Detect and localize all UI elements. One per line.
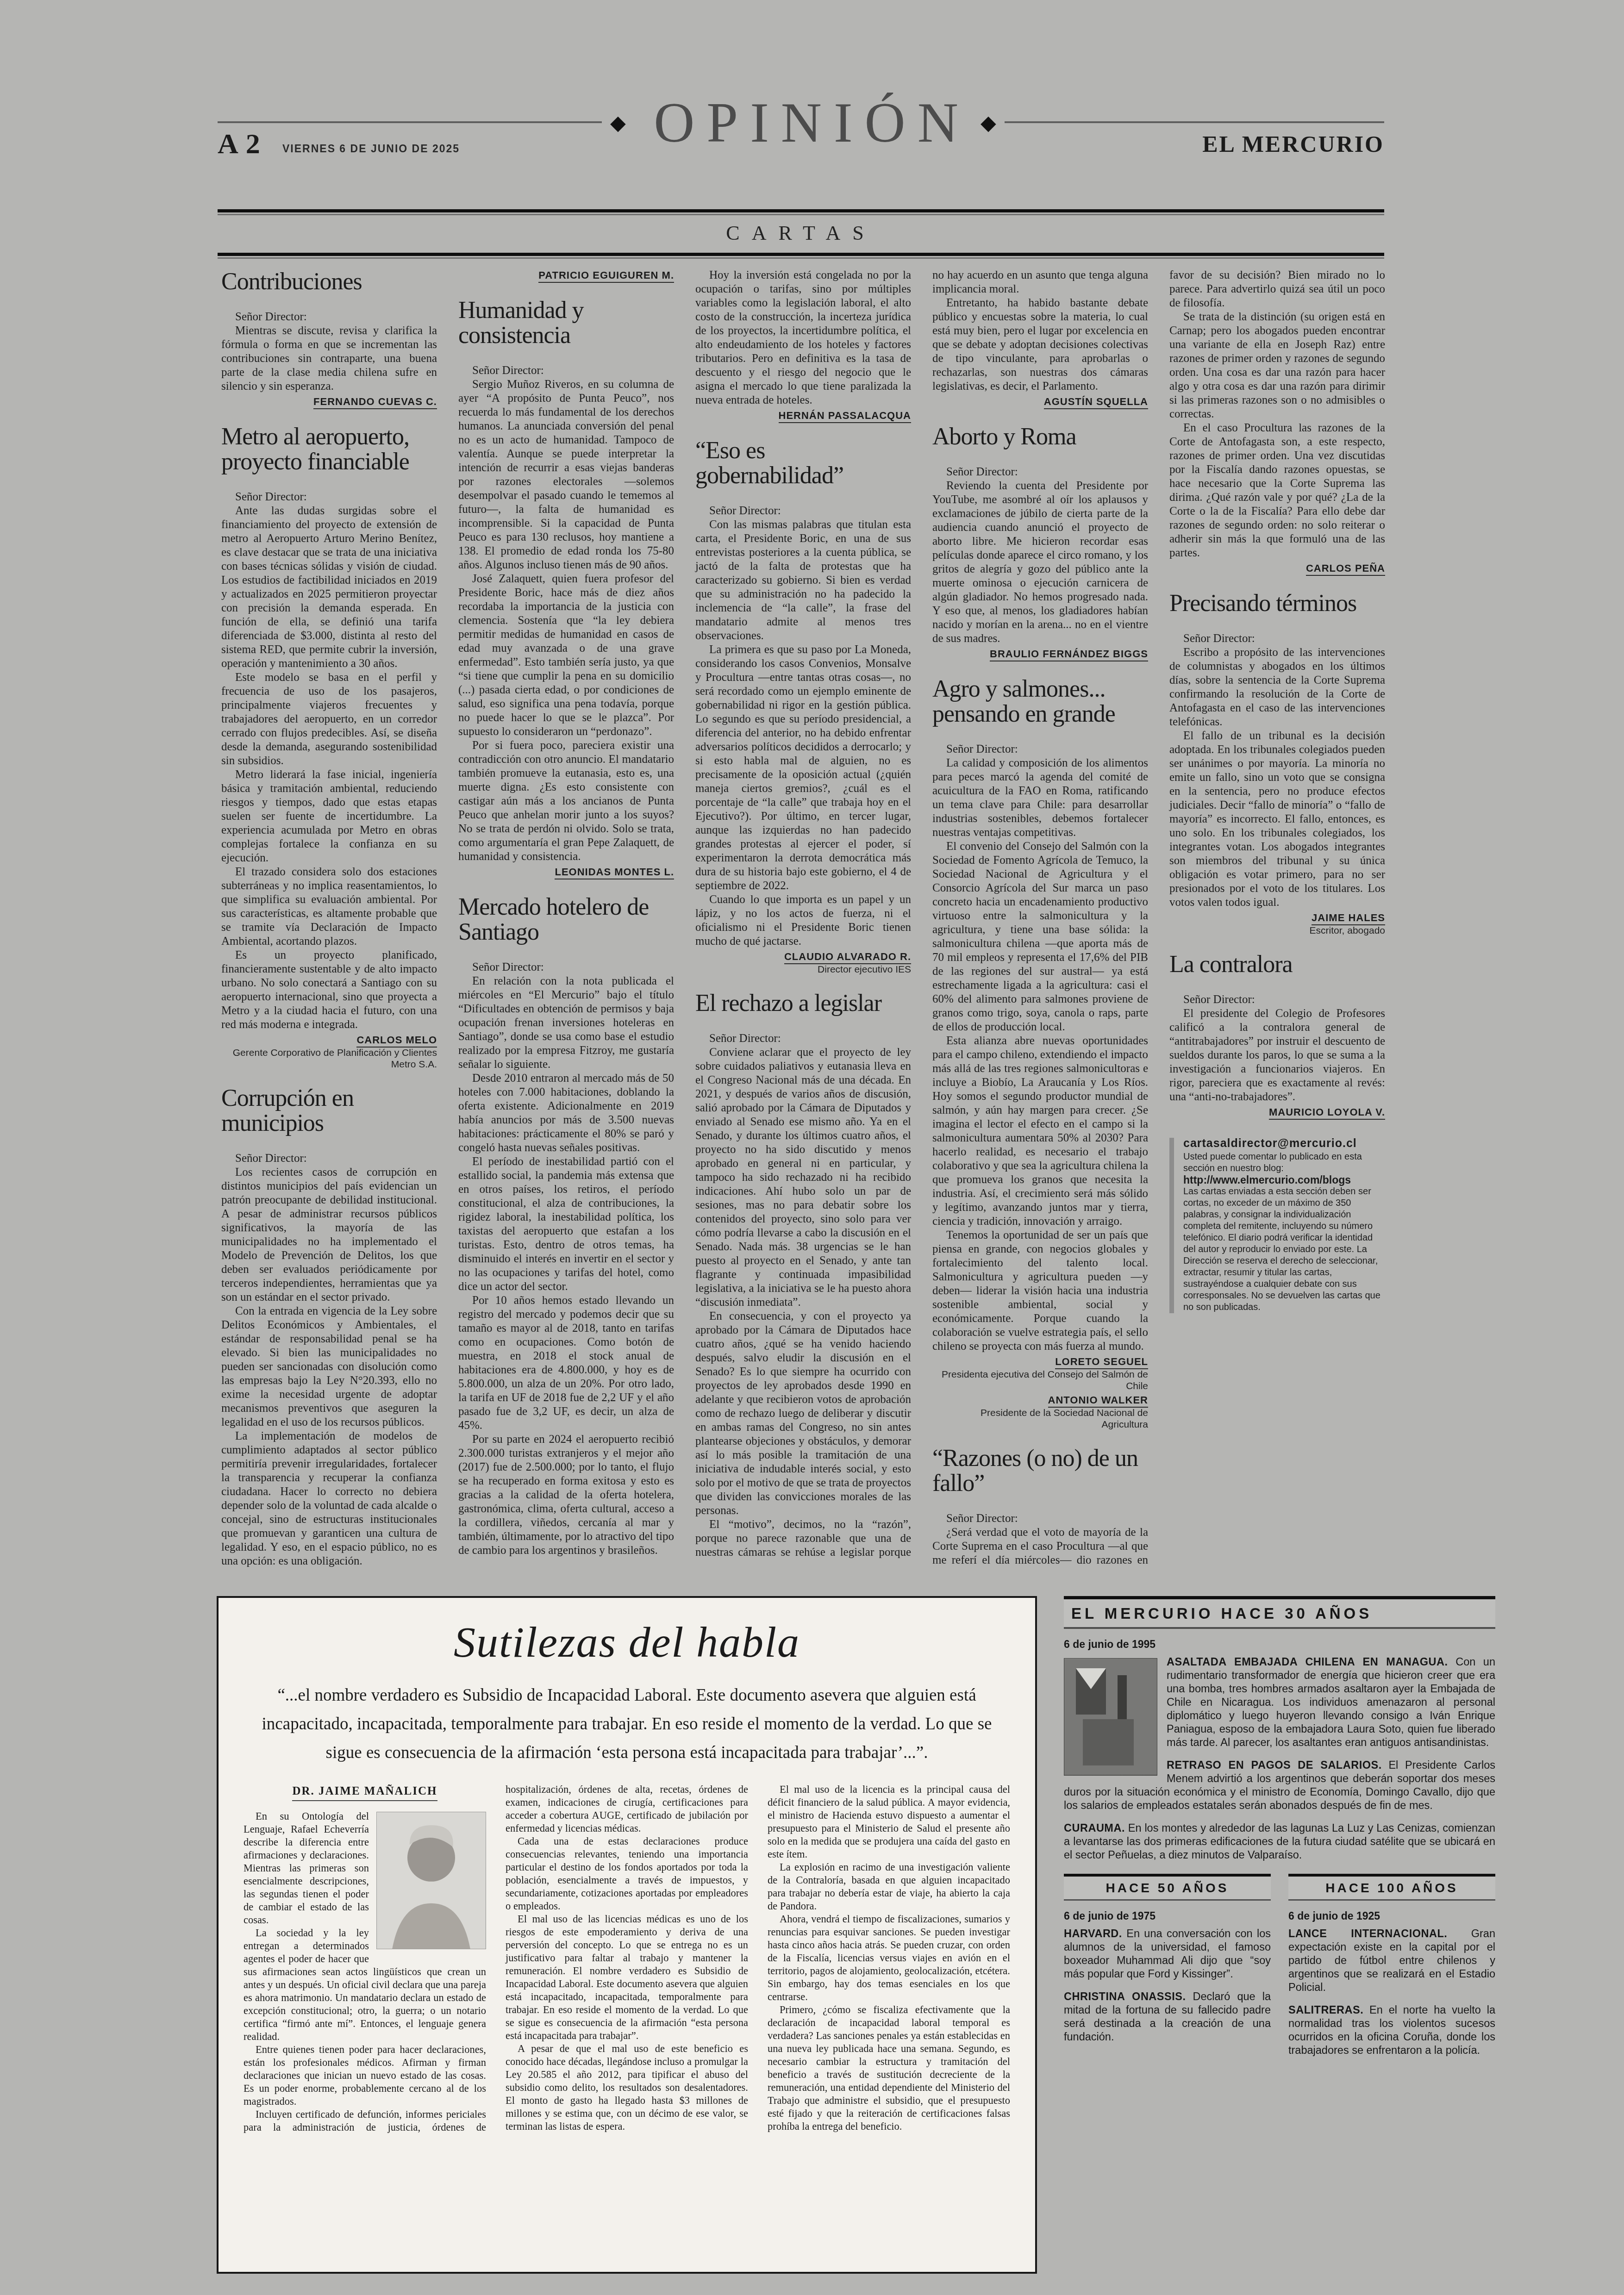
letter: “Eso es gobernabilidad”Señor Director:Co… xyxy=(695,438,911,975)
signature-role: Escritor, abogado xyxy=(1169,925,1385,936)
signature-name: HERNÁN PASSALACQUA xyxy=(779,410,912,423)
letter-paragraph: Con las mismas palabras que titulan esta… xyxy=(695,518,911,643)
letter-salutation: Señor Director: xyxy=(458,364,674,378)
archive-item: LANCE INTERNACIONAL. Gran expectación ex… xyxy=(1288,1927,1495,1994)
letter-paragraph: Tenemos la oportunidad de ser un país qu… xyxy=(932,1229,1148,1353)
feature-paragraph: El mal uso de las licencias médicas es u… xyxy=(506,1913,748,2042)
letter-paragraph: Ante las dudas surgidas sobre el financi… xyxy=(221,504,437,671)
feature-paragraph: Ahora, vendrá el tiempo de fiscalizacion… xyxy=(768,1913,1010,2003)
archive-item: SALITRERAS. En el norte ha vuelto la nor… xyxy=(1288,2003,1495,2057)
letter-paragraph: Por si fuera poco, pareciera existir una… xyxy=(458,739,674,864)
letter-paragraph: El trazado considera solo dos estaciones… xyxy=(221,865,437,948)
archive-50-box: HACE 50 AÑOS 6 de junio de 1975 HARVARD.… xyxy=(1064,1874,1271,2066)
archive-panel: EL MERCURIO HACE 30 AÑOS 6 de junio de 1… xyxy=(1064,1596,1495,2066)
signature-name: BRAULIO FERNÁNDEZ BIGGS xyxy=(990,648,1148,661)
archive-item: HARVARD. En una conversación con los alu… xyxy=(1064,1927,1271,1981)
letter-paragraph: En el caso Procultura las razones de la … xyxy=(1169,421,1385,560)
letter-salutation: Señor Director: xyxy=(221,310,437,324)
rule xyxy=(218,209,1384,212)
letter-title: La contralora xyxy=(1169,952,1385,977)
archive-item-text: Con un rudimentario transformador de ene… xyxy=(1167,1656,1495,1748)
signature-name: CARLOS MELO xyxy=(356,1034,437,1048)
letter-paragraph: Escribo a propósito de las intervencione… xyxy=(1169,646,1385,729)
signature-name: AGUSTÍN SQUELLA xyxy=(1044,396,1148,409)
blog-note: Usted puede comentar lo publicado en est… xyxy=(1183,1151,1385,1174)
letter-title: Contribuciones xyxy=(221,269,437,294)
archive-item: CURAUMA. En los montes y alrededor de la… xyxy=(1064,1821,1495,1862)
letter: Humanidad y consistenciaSeñor Director:S… xyxy=(458,298,674,879)
signature-name: LEONIDAS MONTES L. xyxy=(555,866,674,879)
letter-salutation: Señor Director: xyxy=(458,960,674,974)
letter-paragraph: Con la entrada en vigencia de la Ley sob… xyxy=(221,1304,437,1429)
letter-title: Agro y salmones... pensando en grande xyxy=(932,677,1148,727)
letter: Metro al aeropuerto, proyecto financiabl… xyxy=(221,424,437,1070)
newspaper-page: OPINIÓN ◆ ◆ A 2 VIERNES 6 DE JUNIO DE 20… xyxy=(0,0,1624,2295)
letter-paragraph: Este modelo se basa en el perfil y frecu… xyxy=(221,671,437,768)
letter-paragraph: Reviendo la cuenta del Presidente por Yo… xyxy=(932,479,1148,646)
archive-100-date: 6 de junio de 1925 xyxy=(1288,1910,1495,1922)
letter-paragraph: Metro liderará la fase inicial, ingenier… xyxy=(221,768,437,865)
signature-name: CLAUDIO ALVARADO R. xyxy=(784,951,911,964)
archive-item-title: RETRASO EN PAGOS DE SALARIOS. xyxy=(1167,1759,1382,1771)
letter-paragraph: La calidad y composición de los alimento… xyxy=(932,756,1148,840)
rule xyxy=(218,257,1384,259)
letter-paragraph: Cuando lo que importa es un papel y un l… xyxy=(695,893,911,948)
letter-title: “Razones (o no) de un fallo” xyxy=(932,1446,1148,1496)
archive-item-title: HARVARD. xyxy=(1064,1927,1122,1940)
letter-paragraph: José Zalaquett, quien fuera profesor del… xyxy=(458,572,674,739)
archive-30-date: 6 de junio de 1995 xyxy=(1064,1638,1495,1651)
archive-item-title: SALITRERAS. xyxy=(1288,2004,1363,2016)
letter-paragraph: Conviene aclarar que el proyecto de ley … xyxy=(695,1046,911,1310)
feature-paragraph: Entre quienes tienen poder para hacer de… xyxy=(244,2043,486,2108)
feature-paragraph: El mal uso de la licencia es la principa… xyxy=(768,1783,1010,1861)
letters-flow: ContribucionesSeñor Director:Mientras se… xyxy=(221,268,1385,1574)
signature-name: FERNANDO CUEVAS C. xyxy=(313,396,437,409)
header-rule-left xyxy=(218,121,602,123)
letter-paragraph: Hoy la inversión está congelada no por l… xyxy=(695,268,911,407)
letter-paragraph: Es un proyecto planificado, financierame… xyxy=(221,948,437,1032)
embassy-photo xyxy=(1064,1658,1157,1776)
subsection-title: CARTAS xyxy=(218,221,1384,245)
signature-name: LORETO SEGUEL xyxy=(1055,1356,1148,1369)
letter-title: El rechazo a legislar xyxy=(695,991,911,1016)
letter-paragraph: La implementación de modelos de cumplimi… xyxy=(221,1429,437,1568)
letter: Aborto y RomaSeñor Director:Reviendo la … xyxy=(932,424,1148,661)
letter: La contraloraSeñor Director:El president… xyxy=(1169,952,1385,1119)
blog-url[interactable]: http://www.elmercurio.com/blogs xyxy=(1183,1174,1385,1186)
letter-salutation: Señor Director: xyxy=(221,490,437,504)
letter-paragraph: El presidente del Colegio de Profesores … xyxy=(1169,1007,1385,1104)
letter-paragraph: Se trata de la distinción (su origen est… xyxy=(1169,310,1385,421)
rule xyxy=(218,253,1384,256)
feature-title: Sutilezas del habla xyxy=(244,1617,1010,1667)
letter-salutation: Señor Director: xyxy=(932,742,1148,756)
letter-salutation: Señor Director: xyxy=(695,504,911,518)
signature-role: Gerente Corporativo de Planificación y C… xyxy=(221,1047,437,1070)
letter-title: Mercado hotelero de Santiago xyxy=(458,895,674,945)
masthead-brand: EL MERCURIO xyxy=(1202,131,1384,157)
letters-contact-box: cartasaldirector@mercurio.cl Usted puede… xyxy=(1169,1138,1385,1313)
archive-item-title: LANCE INTERNACIONAL. xyxy=(1288,1927,1447,1940)
letter-title: Aborto y Roma xyxy=(932,424,1148,449)
letter-salutation: Señor Director: xyxy=(221,1152,437,1166)
archive-30-items: ASALTADA EMBAJADA CHILENA EN MANAGUA. Co… xyxy=(1064,1655,1495,1862)
feature-paragraph: A pesar de que el mal uso de este benefi… xyxy=(506,2042,748,2133)
letter: Precisando términosSeñor Director:Escrib… xyxy=(1169,591,1385,936)
letter-paragraph: En relación con la nota publicada el mié… xyxy=(458,974,674,1072)
letter-paragraph: En consecuencia, y con el proyecto ya ap… xyxy=(695,1310,911,1518)
archive-item-text: En los montes y alrededor de las lagunas… xyxy=(1064,1822,1495,1861)
letter-title: “Eso es gobernabilidad” xyxy=(695,438,911,488)
letter-salutation: Señor Director: xyxy=(1169,993,1385,1007)
author-photo xyxy=(376,1812,486,1949)
letter-paragraph: Sergio Muñoz Riveros, en su columna de a… xyxy=(458,378,674,572)
letter-salutation: Señor Director: xyxy=(932,1512,1148,1526)
issue-date: VIERNES 6 DE JUNIO DE 2025 xyxy=(282,143,460,155)
signature-role: Director ejecutivo IES xyxy=(695,964,911,975)
signature-name: PATRICIO EGUIGUREN M. xyxy=(538,269,674,283)
signature-name: CARLOS PEÑA xyxy=(1306,562,1385,576)
letters-email[interactable]: cartasaldirector@mercurio.cl xyxy=(1183,1138,1385,1149)
archive-item: CHRISTINA ONASSIS. Declaró que la mitad … xyxy=(1064,1990,1271,2044)
feature-quote: “...el nombre verdadero es Subsidio de I… xyxy=(252,1681,1002,1767)
archive-item-title: ASALTADA EMBAJADA CHILENA EN MANAGUA. xyxy=(1167,1656,1448,1668)
letter-paragraph: Los recientes casos de corrupción en dis… xyxy=(221,1166,437,1304)
page-number: A 2 xyxy=(218,128,261,161)
letter-paragraph: Esta alianza abre nuevas oportunidades p… xyxy=(932,1034,1148,1229)
diamond-ornament: ◆ xyxy=(981,111,996,135)
letter-paragraph: Por 10 años hemos estado llevando un reg… xyxy=(458,1294,674,1433)
archive-100-header: HACE 100 AÑOS xyxy=(1288,1874,1495,1901)
signature-name: MAURICIO LOYOLA V. xyxy=(1269,1106,1385,1120)
letter-paragraph: Entretanto, ha habido bastante debate pú… xyxy=(932,296,1148,393)
rule xyxy=(218,214,1384,215)
archive-50-date: 6 de junio de 1975 xyxy=(1064,1910,1271,1922)
archive-item: ASALTADA EMBAJADA CHILENA EN MANAGUA. Co… xyxy=(1064,1655,1495,1749)
letter-title: Humanidad y consistencia xyxy=(458,298,674,348)
feature-paragraph: Cada una de estas declaraciones produce … xyxy=(506,1835,748,1913)
letter-paragraph: La primera es que su paso por La Moneda,… xyxy=(695,643,911,893)
archive-50-header: HACE 50 AÑOS xyxy=(1064,1874,1271,1901)
signature-role: Presidenta ejecutiva del Consejo del Sal… xyxy=(932,1369,1148,1392)
signature-name: ANTONIO WALKER xyxy=(1048,1394,1148,1408)
signature-role: Presidente de la Sociedad Nacional de Ag… xyxy=(932,1407,1148,1430)
archive-item-title: CURAUMA. xyxy=(1064,1822,1125,1834)
archive-item-title: CHRISTINA ONASSIS. xyxy=(1064,1990,1186,2002)
letter-paragraph: El período de inestabilidad partió con e… xyxy=(458,1155,674,1294)
archive-30-header: EL MERCURIO HACE 30 AÑOS xyxy=(1064,1596,1495,1629)
feature-paragraph: La explosión en racimo de una investigac… xyxy=(768,1861,1010,1913)
letter-paragraph: El convenio del Consejo del Salmón con l… xyxy=(932,840,1148,1034)
feature-box: Sutilezas del habla “...el nombre verdad… xyxy=(217,1596,1037,2274)
letters-policy-note: Las cartas enviadas a esta sección deben… xyxy=(1183,1186,1385,1313)
signature-name: JAIME HALES xyxy=(1312,912,1385,925)
letter-title: Precisando términos xyxy=(1169,591,1385,616)
archive-100-box: HACE 100 AÑOS 6 de junio de 1925 LANCE I… xyxy=(1288,1874,1495,2066)
letter-title: Corrupción en municipios xyxy=(221,1086,437,1136)
feature-byline: DR. JAIME MAÑALICH xyxy=(244,1785,486,1798)
feature-paragraph: Primero, ¿cómo se fiscaliza efectivament… xyxy=(768,2003,1010,2133)
feature-body: DR. JAIME MAÑALICH En su Ontología del L… xyxy=(244,1783,1010,2255)
diamond-ornament: ◆ xyxy=(610,111,626,135)
letter-salutation: Señor Director: xyxy=(1169,632,1385,646)
letter-salutation: Señor Director: xyxy=(695,1032,911,1046)
letter-paragraph: Por su parte en 2024 el aeropuerto recib… xyxy=(458,1433,674,1558)
letter: ContribucionesSeñor Director:Mientras se… xyxy=(221,269,437,409)
letter-salutation: Señor Director: xyxy=(932,465,1148,479)
letter-paragraph: El fallo de un tribunal es la decisión a… xyxy=(1169,729,1385,910)
letter-paragraph: Desde 2010 entraron al mercado más de 50… xyxy=(458,1072,674,1155)
header-rule-right xyxy=(1005,121,1384,123)
letter-paragraph: Mientras se discute, revisa y clarifica … xyxy=(221,324,437,393)
author-silhouette xyxy=(377,1812,486,1949)
letter-title: Metro al aeropuerto, proyecto financiabl… xyxy=(221,424,437,474)
letter: Agro y salmones... pensando en grandeSeñ… xyxy=(932,677,1148,1430)
